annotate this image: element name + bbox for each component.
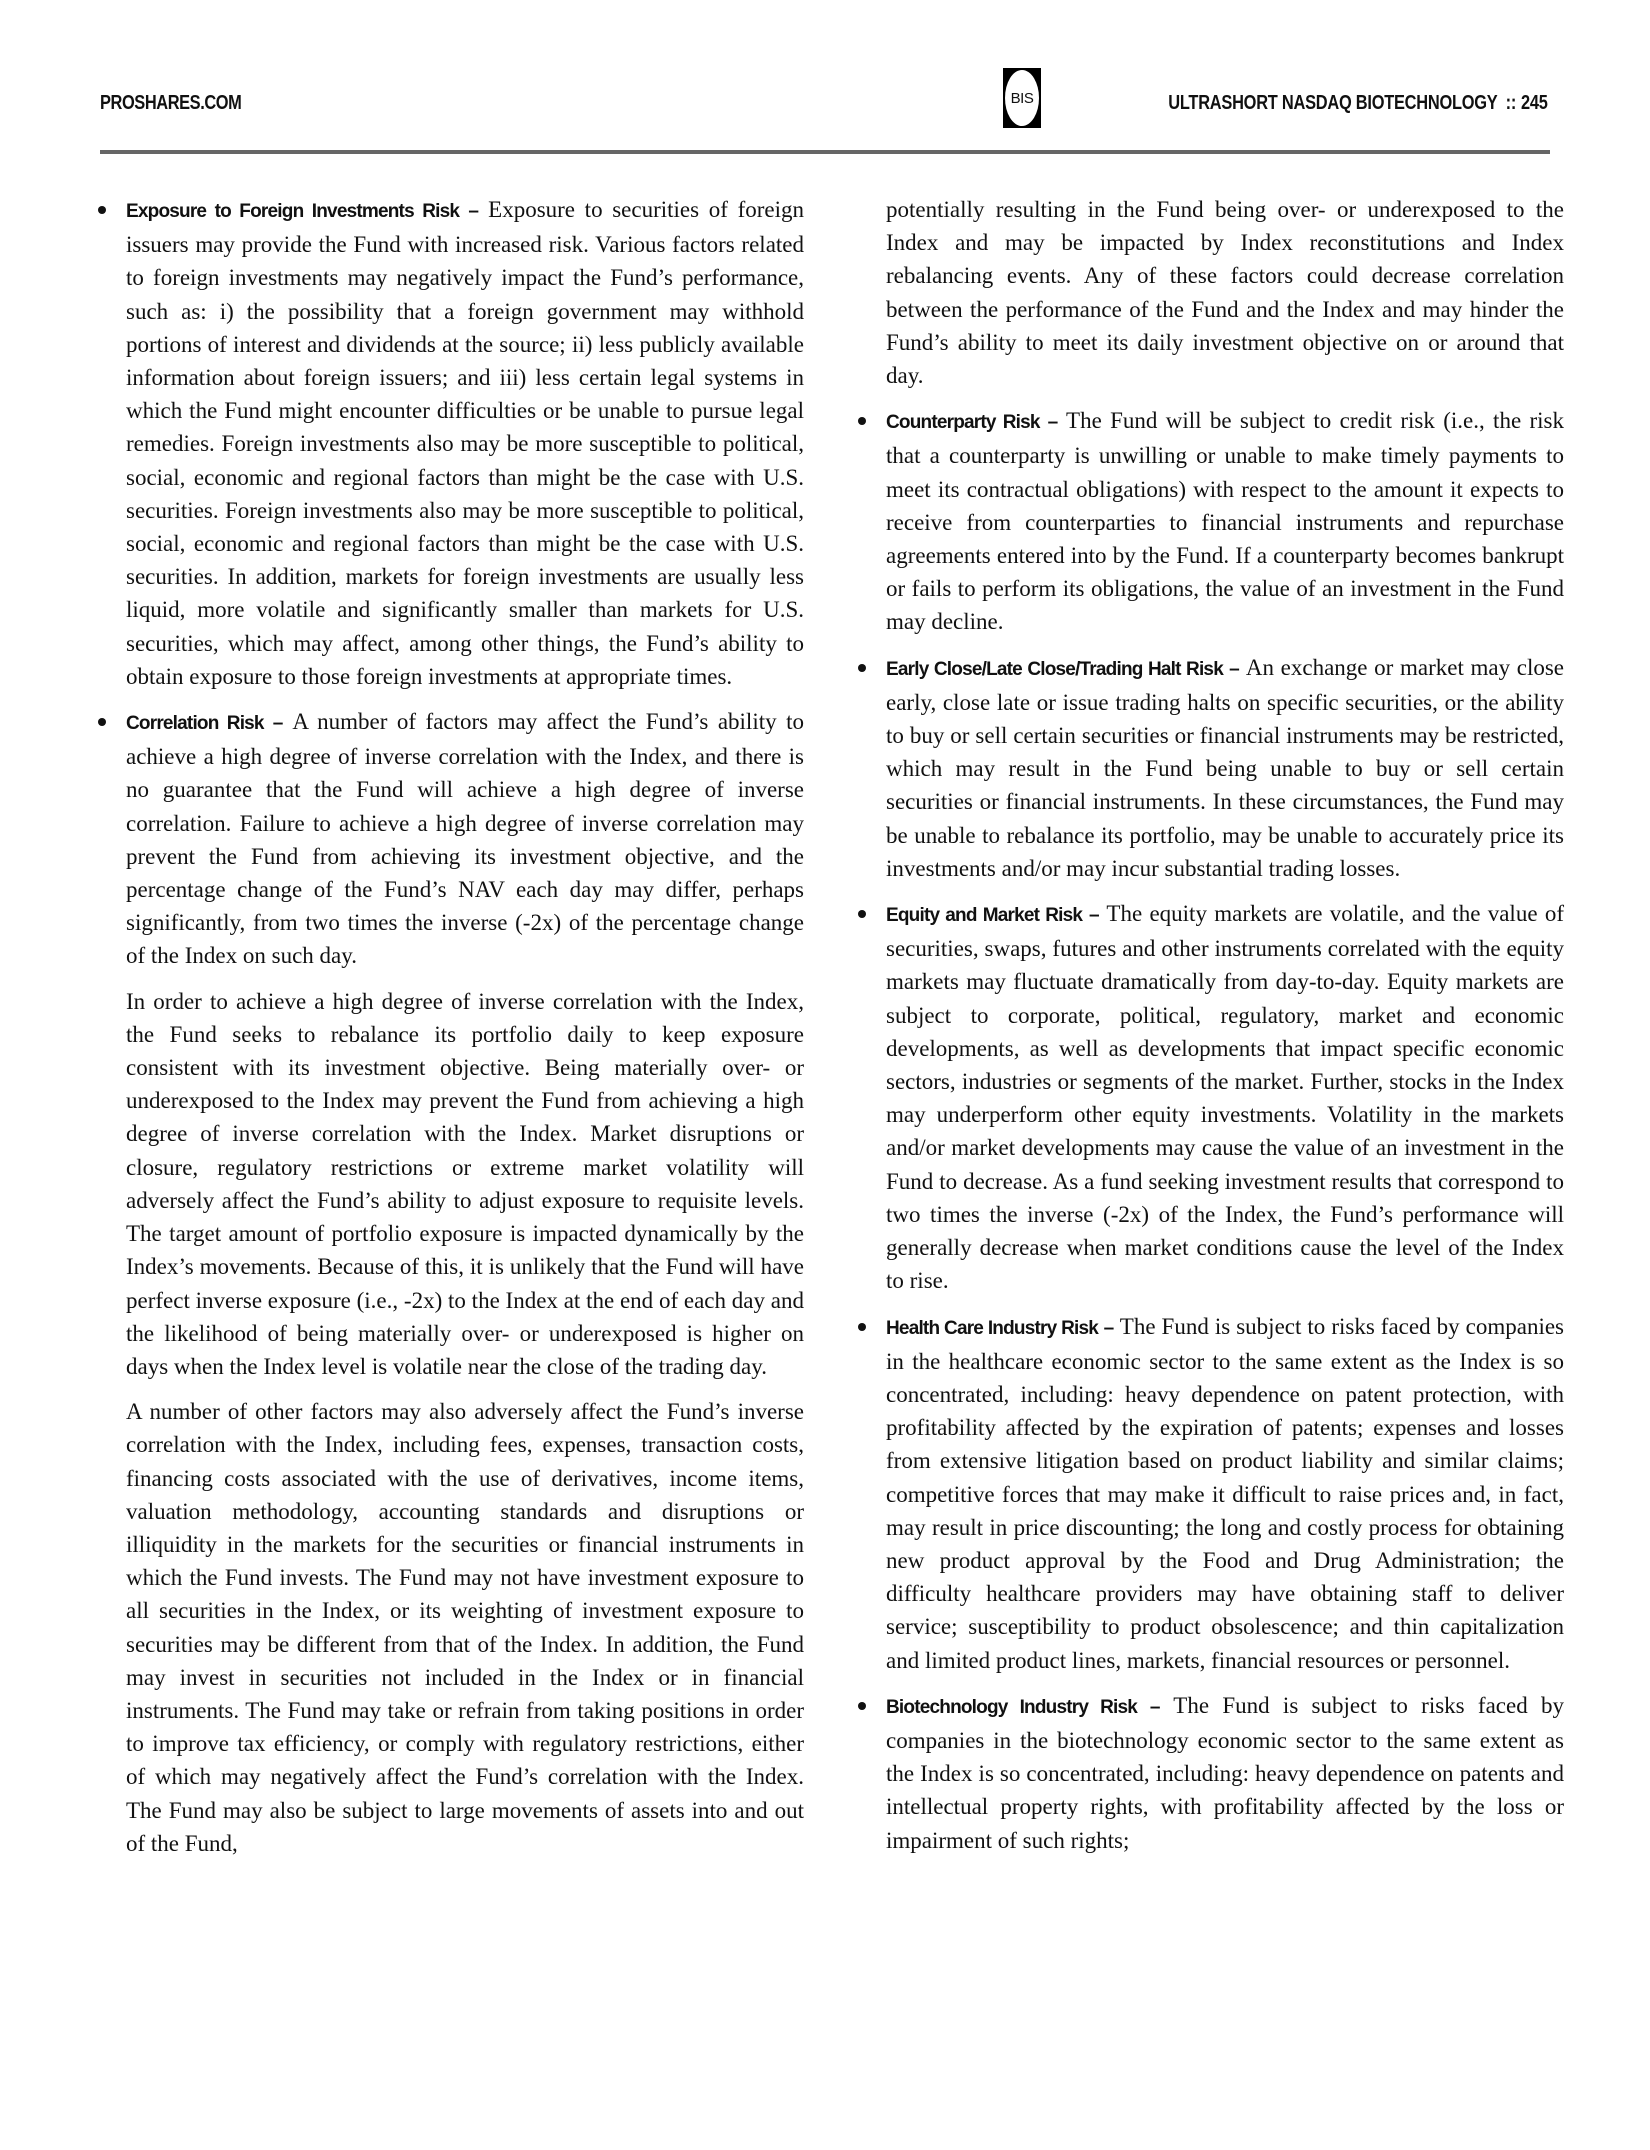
term-dash: –: [1040, 412, 1066, 433]
risk-text: A number of factors may affect the Fund’…: [126, 709, 804, 968]
risk-text: The equity markets are volatile, and the…: [886, 901, 1564, 1293]
risk-term: Early Close/Late Close/Trading Halt Risk: [886, 659, 1223, 680]
right-column: potentially resulting in the Fund being …: [856, 193, 1564, 1869]
risk-term: Biotechnology Industry Risk: [886, 1697, 1137, 1718]
term-dash: –: [264, 713, 293, 734]
term-dash: –: [1137, 1697, 1173, 1718]
term-dash: –: [1082, 905, 1106, 926]
risk-term: Counterparty Risk: [886, 412, 1040, 433]
page-number: 245: [1521, 92, 1548, 114]
risk-text: An exchange or market may close early, c…: [886, 655, 1564, 881]
document-title: ULTRASHORT NASDAQ BIOTECHNOLOGY::245: [1169, 92, 1548, 115]
logo-ellipse: BIS: [1005, 70, 1039, 126]
correlation-paragraph-other-factors: A number of other factors may also adver…: [96, 1395, 804, 1860]
title-separator: ::: [1506, 92, 1516, 114]
bullet-icon: [858, 664, 866, 672]
correlation-paragraph-continued: potentially resulting in the Fund being …: [856, 193, 1564, 392]
page-header: PROSHARES.COM BIS ULTRASHORT NASDAQ BIOT…: [100, 68, 1550, 158]
bullet-icon: [98, 718, 106, 726]
risk-item-trading-halt: Early Close/Late Close/Trading Halt Risk…: [856, 651, 1564, 885]
term-dash: –: [459, 201, 488, 222]
risk-item-correlation: Correlation Risk – A number of factors m…: [96, 705, 804, 973]
bullet-icon: [858, 910, 866, 918]
risk-text: The Fund is subject to risks faced by co…: [886, 1314, 1564, 1673]
bullet-icon: [858, 1323, 866, 1331]
site-name: PROSHARES.COM: [100, 92, 241, 115]
risk-term: Correlation Risk: [126, 713, 264, 734]
risk-item-foreign-investments: Exposure to Foreign Investments Risk – E…: [96, 193, 804, 693]
correlation-paragraph-rebalance: In order to achieve a high degree of inv…: [96, 985, 804, 1383]
risk-item-counterparty: Counterparty Risk – The Fund will be sub…: [856, 404, 1564, 638]
bullet-icon: [858, 1702, 866, 1710]
term-dash: –: [1223, 659, 1246, 680]
bullet-icon: [98, 206, 106, 214]
bullet-icon: [858, 417, 866, 425]
risk-item-health-care: Health Care Industry Risk – The Fund is …: [856, 1310, 1564, 1677]
left-column: Exposure to Foreign Investments Risk – E…: [96, 193, 804, 1872]
risk-term: Health Care Industry Risk: [886, 1318, 1098, 1339]
logo-ticker-text: BIS: [1011, 90, 1034, 107]
header-divider: [100, 150, 1550, 154]
risk-item-equity-market: Equity and Market Risk – The equity mark…: [856, 897, 1564, 1297]
risk-text: Exposure to securities of foreign issuer…: [126, 197, 804, 689]
risk-term: Exposure to Foreign Investments Risk: [126, 201, 459, 222]
risk-item-biotechnology: Biotechnology Industry Risk – The Fund i…: [856, 1689, 1564, 1857]
risk-term: Equity and Market Risk: [886, 905, 1082, 926]
fund-ticker-logo-icon: BIS: [1003, 68, 1041, 128]
risk-text: The Fund will be subject to credit risk …: [886, 408, 1564, 634]
fund-name: ULTRASHORT NASDAQ BIOTECHNOLOGY: [1169, 92, 1498, 114]
term-dash: –: [1098, 1318, 1120, 1339]
